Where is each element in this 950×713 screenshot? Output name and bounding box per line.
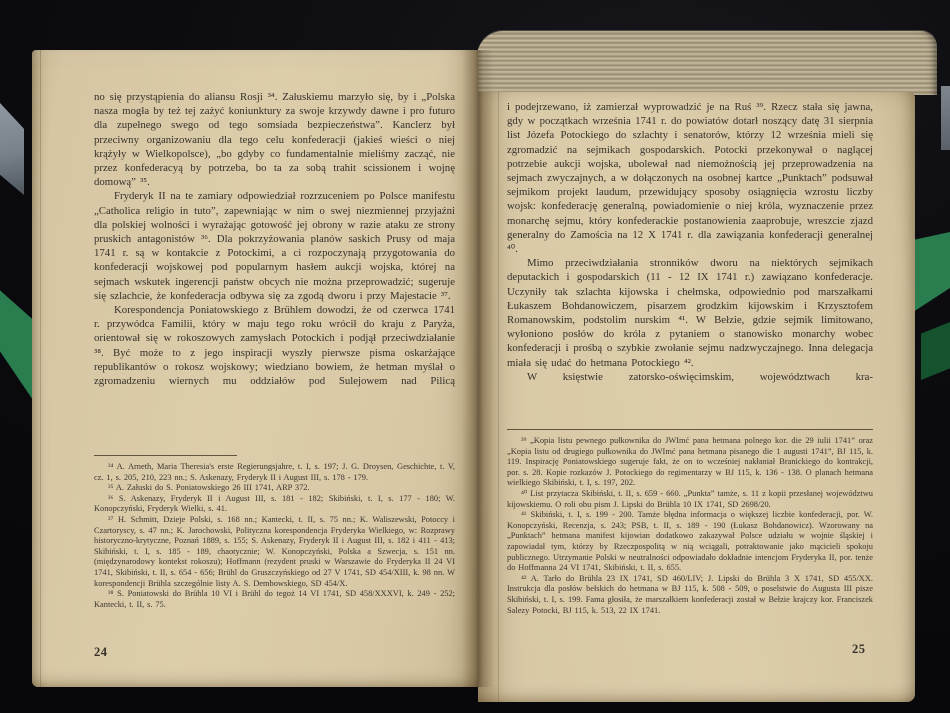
green-stripe-left [0,283,33,405]
body-paragraph: Korespondencja Poniatowskiego z Brühlem … [94,303,455,388]
footnote: ⁴¹ Skibiński, t. I, s. 199 - 200. Tamże … [507,510,873,574]
right-page: i podejrzewano, iż zamierzał wyprowadzić… [478,92,915,702]
gray-reflection-left [0,103,24,195]
green-stripe-right [913,232,950,312]
footnote: ³⁷ H. Schmitt, Dzieje Polski, s. 168 nn.… [94,515,455,589]
page-number-left: 24 [94,645,108,660]
footnote: ³⁸ S. Poniatowski do Brühla 10 VI i Brüh… [94,589,455,610]
footnote: ³⁹ „Kopia listu pewnego pułkownika do JW… [507,436,873,489]
body-paragraph: no się przystąpienia do aliansu Rosji ³⁴… [94,90,455,189]
body-paragraph: Fryderyk II na te zamiary odpowiedział r… [94,189,455,303]
left-page-body: no się przystąpienia do aliansu Rosji ³⁴… [94,90,455,388]
body-paragraph: Mimo przeciwdziałania stronników dworu n… [507,256,873,370]
footnote: ³⁵ A. Załuski do S. Poniatowskiego 26 II… [94,483,455,494]
footnote: ⁴² A. Tarło do Brühla 23 IX 1741, SD 460… [507,574,873,616]
footnote: ⁴⁰ List przytacza Skibiński, t. II, s. 6… [507,489,873,510]
page-number-right: 25 [852,642,866,657]
green-stripe-right-lower [921,322,950,380]
footnote: ³⁴ A. Arneth, Maria Theresia's erste Reg… [94,462,455,483]
right-page-footnotes: ³⁹ „Kopia listu pewnego pułkownika do JW… [507,436,873,616]
left-page-footnotes: ³⁴ A. Arneth, Maria Theresia's erste Reg… [94,462,455,610]
footnote-rule [94,455,237,456]
photo-background: no się przystąpienia do aliansu Rosji ³⁴… [0,0,950,713]
book-page-edges [477,31,937,95]
footnote: ³⁶ S. Askenazy, Fryderyk II i August III… [94,494,455,515]
gray-reflection-right [941,86,950,150]
right-page-body: i podejrzewano, iż zamierzał wyprowadzić… [507,100,873,384]
footnote-rule [507,429,873,430]
body-paragraph: i podejrzewano, iż zamierzał wyprowadzić… [507,100,873,256]
left-page: no się przystąpienia do aliansu Rosji ³⁴… [32,50,478,687]
body-paragraph: W księstwie zatorsko-oświęcimskim, wojew… [507,370,873,384]
